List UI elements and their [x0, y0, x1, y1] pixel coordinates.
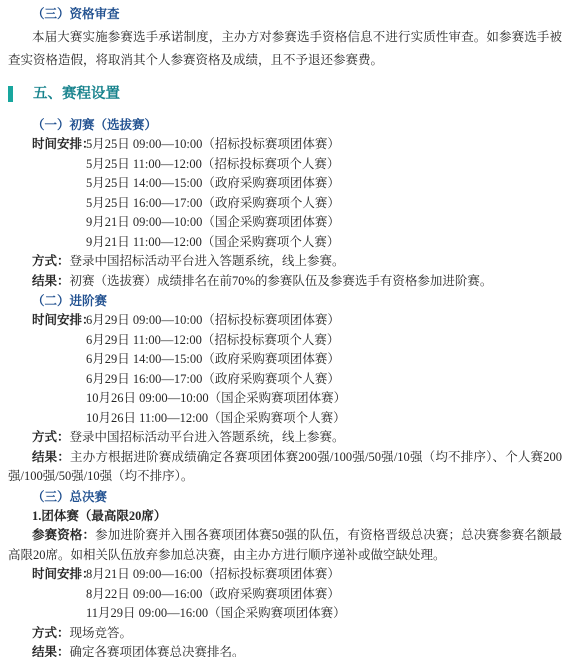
schedule-entry: 6月29日 16:00—17:00（政府采购赛项个人赛） — [86, 372, 340, 386]
schedule-row: 9月21日 11:00—12:00（国企采购赛项个人赛） — [8, 233, 562, 253]
schedule-row: 11月29日 09:00—16:00（国企采购赛项团体赛） — [8, 604, 562, 624]
preliminary-method: 方式：登录中国招标活动平台进入答题系统，线上参赛。 — [8, 252, 562, 272]
schedule-row: 5月25日 14:00—15:00（政府采购赛项团体赛） — [8, 174, 562, 194]
schedule-row: 6月29日 14:00—15:00（政府采购赛项团体赛） — [8, 350, 562, 370]
qualification-heading: （三）资格审查 — [8, 4, 562, 24]
preliminary-result: 结果：初赛（选拔赛）成绩排名在前70%的参赛队伍及参赛选手有资格参加进阶赛。 — [8, 272, 562, 292]
finals-subheading: 1.团体赛（最高限20席） — [8, 507, 562, 527]
section-title: 五、赛程设置 — [33, 83, 120, 105]
schedule-entry: 5月25日 09:00—10:00（招标投标赛项团体赛） — [86, 137, 340, 151]
finals-heading: （三）总决赛 — [8, 487, 562, 507]
result-label: 结果： — [32, 645, 70, 657]
schedule-entry: 8月21日 09:00—16:00（招标投标赛项团体赛） — [86, 567, 340, 581]
schedule-row: 时间安排： 5月25日 09:00—10:00（招标投标赛项团体赛） — [8, 135, 562, 155]
advanced-result: 结果：主办方根据进阶赛成绩确定各赛项团体赛200强/100强/50强/10强（均… — [8, 448, 562, 487]
result-text: 确定各赛项团体赛总决赛排名。 — [70, 645, 245, 657]
qualification-body: 本届大赛实施参赛选手承诺制度，主办方对参赛选手资格信息不进行实质性审查。如参赛选… — [8, 26, 562, 71]
schedule-entry: 6月29日 14:00—15:00（政府采购赛项团体赛） — [86, 352, 340, 366]
method-label: 方式： — [32, 430, 70, 444]
method-label: 方式： — [32, 626, 70, 640]
preliminary-schedule: 时间安排： 5月25日 09:00—10:00（招标投标赛项团体赛） 5月25日… — [8, 135, 562, 252]
schedule-row: 5月25日 11:00—12:00（招标投标赛项个人赛） — [8, 155, 562, 175]
schedule-entry: 6月29日 11:00—12:00（招标投标赛项个人赛） — [86, 333, 339, 347]
document-page: （三）资格审查 本届大赛实施参赛选手承诺制度，主办方对参赛选手资格信息不进行实质… — [0, 0, 570, 657]
schedule-entry: 10月26日 09:00—10:00（国企采购赛项团体赛） — [86, 391, 346, 405]
schedule-entry: 11月29日 09:00—16:00（国企采购赛项团体赛） — [86, 606, 346, 620]
finals-result: 结果：确定各赛项团体赛总决赛排名。 — [8, 643, 562, 657]
result-label: 结果： — [32, 450, 70, 464]
result-text: 主办方根据进阶赛成绩确定各赛项团体赛200强/100强/50强/10强（均不排序… — [8, 450, 562, 484]
advanced-heading: （二）进阶赛 — [8, 291, 562, 311]
schedule-row: 6月29日 16:00—17:00（政府采购赛项个人赛） — [8, 370, 562, 390]
schedule-entry: 5月25日 11:00—12:00（招标投标赛项个人赛） — [86, 157, 339, 171]
schedule-entry: 5月25日 16:00—17:00（政府采购赛项个人赛） — [86, 196, 340, 210]
result-text: 初赛（选拔赛）成绩排名在前70%的参赛队伍及参赛选手有资格参加进阶赛。 — [70, 274, 493, 288]
schedule-entry: 9月21日 11:00—12:00（国企采购赛项个人赛） — [86, 235, 339, 249]
schedule-row: 10月26日 11:00—12:00（国企采购赛项个人赛） — [8, 409, 562, 429]
schedule-row: 时间安排： 6月29日 09:00—10:00（招标投标赛项团体赛） — [8, 311, 562, 331]
schedule-entry: 5月25日 14:00—15:00（政府采购赛项团体赛） — [86, 176, 340, 190]
schedule-row: 10月26日 09:00—10:00（国企采购赛项团体赛） — [8, 389, 562, 409]
advanced-schedule: 时间安排： 6月29日 09:00—10:00（招标投标赛项团体赛） 6月29日… — [8, 311, 562, 428]
schedule-row: 时间安排： 8月21日 09:00—16:00（招标投标赛项团体赛） — [8, 565, 562, 585]
schedule-label: 时间安排： — [32, 135, 95, 155]
schedule-label: 时间安排： — [32, 565, 95, 585]
finals-method: 方式：现场竞答。 — [8, 624, 562, 644]
schedule-row: 6月29日 11:00—12:00（招标投标赛项个人赛） — [8, 331, 562, 351]
result-label: 结果： — [32, 274, 70, 288]
preliminary-heading: （一）初赛（选拔赛） — [8, 115, 562, 135]
schedule-row: 9月21日 09:00—10:00（国企采购赛项团体赛） — [8, 213, 562, 233]
eligibility-label: 参赛资格： — [32, 528, 95, 542]
section-accent-bar — [8, 86, 13, 102]
method-text: 现场竞答。 — [70, 626, 133, 640]
method-text: 登录中国招标活动平台进入答题系统，线上参赛。 — [70, 430, 345, 444]
schedule-entry: 9月21日 09:00—10:00（国企采购赛项团体赛） — [86, 215, 340, 229]
schedule-entry: 10月26日 11:00—12:00（国企采购赛项个人赛） — [86, 411, 346, 425]
schedule-entry: 6月29日 09:00—10:00（招标投标赛项团体赛） — [86, 313, 340, 327]
schedule-row: 5月25日 16:00—17:00（政府采购赛项个人赛） — [8, 194, 562, 214]
advanced-method: 方式：登录中国招标活动平台进入答题系统，线上参赛。 — [8, 428, 562, 448]
section-header: 五、赛程设置 — [8, 83, 562, 105]
finals-schedule: 时间安排： 8月21日 09:00—16:00（招标投标赛项团体赛） 8月22日… — [8, 565, 562, 624]
schedule-row: 8月22日 09:00—16:00（政府采购赛项团体赛） — [8, 585, 562, 605]
method-label: 方式： — [32, 254, 70, 268]
finals-eligibility: 参赛资格：参加进阶赛并入围各赛项团体赛50强的队伍，有资格晋级总决赛；总决赛参赛… — [8, 526, 562, 565]
method-text: 登录中国招标活动平台进入答题系统，线上参赛。 — [70, 254, 345, 268]
schedule-entry: 8月22日 09:00—16:00（政府采购赛项团体赛） — [86, 587, 340, 601]
schedule-label: 时间安排： — [32, 311, 95, 331]
